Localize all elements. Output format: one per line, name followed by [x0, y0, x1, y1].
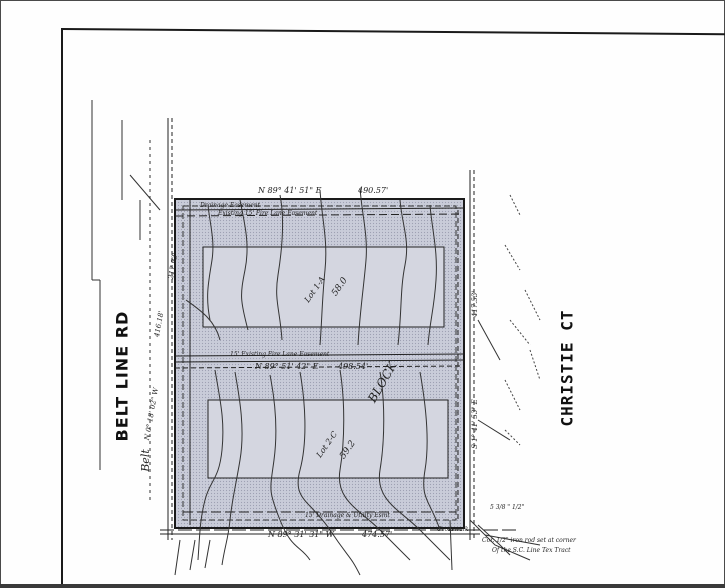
crossing-label: Crosswalk — [437, 526, 469, 533]
distance-east: 417.53' — [471, 291, 479, 317]
bearing-north: N 89° 41' 51" E — [258, 186, 321, 195]
north-easement-1: Drainage Easement — [200, 202, 260, 209]
bearing-middle: N 89° 51' 42" E — [255, 362, 318, 371]
distance-middle: 498.54' — [338, 362, 368, 371]
se-note-2: Of the S.C. Line Tex Tract — [492, 547, 571, 554]
distance-north: 490.57' — [358, 186, 388, 195]
survey-markers — [505, 195, 540, 445]
road-label-christie-ct: CHRISTIE CT — [558, 317, 577, 427]
south-easement: 15' Drainage & Utility Esmt — [305, 512, 390, 519]
distance-south: 474.57' — [362, 530, 392, 539]
se-note-1: Cor. 1/2" iron rod set at corner — [482, 537, 576, 544]
bearing-east: S 1° 41' 53" E — [471, 399, 479, 449]
plat-drawing — [0, 0, 725, 588]
bearing-south: N 89° 31' 31" W — [268, 530, 334, 539]
road-label-belt-line: BELT LINE RD — [113, 322, 132, 442]
north-easement-2: Existing 15' Fire Lane Easement — [218, 210, 317, 217]
handwritten-belt: Belt — [139, 449, 152, 472]
misc-dimension: 5 3/8 " 1/2" — [490, 504, 524, 511]
bottom-edge — [0, 584, 725, 588]
middle-easement: 15' Existing Fire Lane Easement — [230, 351, 329, 358]
